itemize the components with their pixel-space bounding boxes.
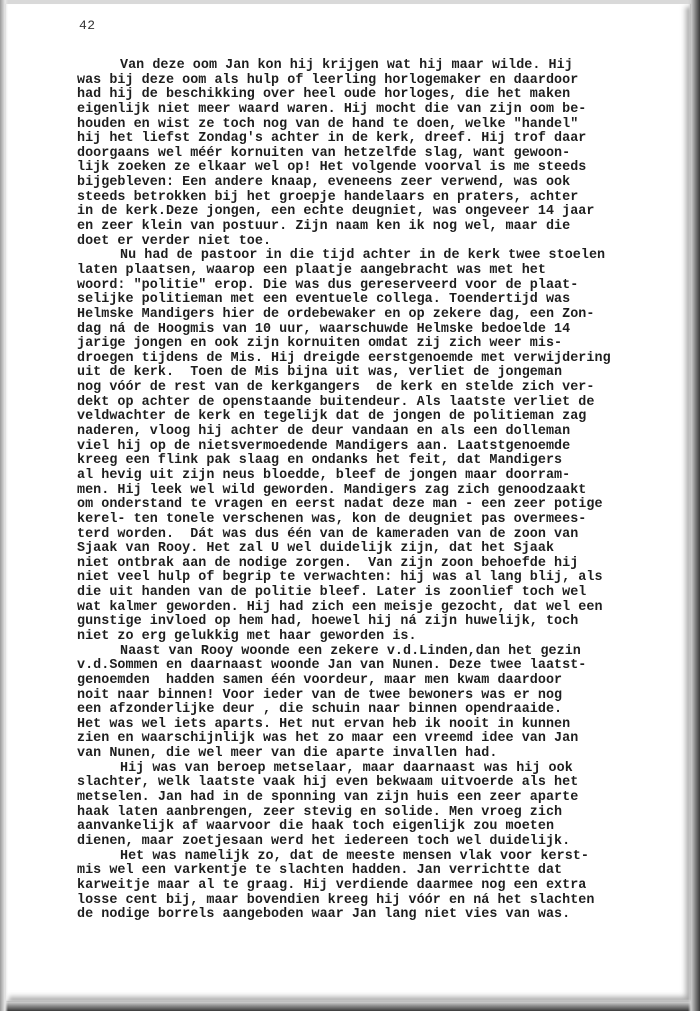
text-line: v.d.Sommen en daarnaast woonde Jan van N… [77,659,687,674]
text-line: zien en waarschijnlijk was het zo maar e… [77,732,687,747]
text-line: kreeg een flink pak slaag en ondanks het… [77,454,687,469]
body-text: Van deze oom Jan kon hij krijgen wat hij… [77,59,687,923]
paragraph: Van deze oom Jan kon hij krijgen wat hij… [77,59,687,249]
text-line: houden en wist ze toch nog van de hand t… [77,118,687,133]
text-line: uit de kerk. Toen de Mis bijna uit was, … [77,366,687,381]
paragraph: Hij was van beroep metselaar, maar daarn… [77,762,687,850]
paragraph: Naast van Rooy woonde een zekere v.d.Lin… [77,645,687,762]
text-line: dekt op achter de openstaande buitendeur… [77,396,687,411]
text-line: doorgaans wel méér kornuiten van hetzelf… [77,147,687,162]
text-line: om onderstand te vragen en eerst nadat d… [77,498,687,513]
text-line: niet ontbrak aan de nodige zorgen. Van z… [77,557,687,572]
text-line: de nodige borrels aangeboden waar Jan la… [77,908,687,923]
text-line: en zeer klein van postuur. Zijn naam ken… [77,220,687,235]
text-line: metselen. Jan had in de sponning van zij… [77,791,687,806]
text-line: aanvankelijk af waarvoor die haak toch e… [77,820,687,835]
text-line: noit naar binnen! Voor ieder van de twee… [77,689,687,704]
text-line: niet veel hulp of begrip te verwachten: … [77,571,687,586]
text-line: woord: "politie" erop. Die was dus geres… [77,279,687,294]
typewritten-page: 42 Van deze oom Jan kon hij krijgen wat … [0,0,700,1011]
text-line: selijke politieman met een eventuele col… [77,293,687,308]
text-line: losse cent bij, maar bovendien kreeg hij… [77,894,687,909]
text-line: karweitje maar al te graag. Hij verdiend… [77,879,687,894]
text-line: jarige jongen en ook zijn kornuiten omda… [77,337,687,352]
text-line: Naast van Rooy woonde een zekere v.d.Lin… [77,645,687,660]
text-line: hij het liefst Zondag's achter in de ker… [77,132,687,147]
text-line: viel hij op de nietsvermoedende Mandiger… [77,440,687,455]
text-line: mis wel een varkentje te slachten hadden… [77,864,687,879]
text-line: al hevig uit zijn neus bloedde, bleef de… [77,469,687,484]
text-line: was bij deze oom als hulp of leerling ho… [77,74,687,89]
text-line: men. Hij leek wel wild geworden. Mandige… [77,484,687,499]
text-line: droegen tijdens de Mis. Hij dreigde eers… [77,352,687,367]
text-line: Nu had de pastoor in die tijd achter in … [77,249,687,264]
text-line: Het was wel iets aparts. Het nut ervan h… [77,718,687,733]
text-line: steeds betrokken bij het groepje handela… [77,191,687,206]
text-line: nog vóór de rest van de kerkgangers de k… [77,381,687,396]
paragraph: Het was namelijk zo, dat de meeste mense… [77,850,687,923]
text-line: van Nunen, die wel meer van die aparte i… [77,747,687,762]
text-line: Het was namelijk zo, dat de meeste mense… [77,850,687,865]
paragraph: Nu had de pastoor in die tijd achter in … [77,249,687,644]
text-line: in de kerk.Deze jongen, een echte deugni… [77,205,687,220]
text-line: dag ná de Hoogmis van 10 uur, waarschuwd… [77,323,687,338]
text-line: een afzonderlijke deur , die schuin naar… [77,703,687,718]
text-line: terd worden. Dát was dus één van de kame… [77,528,687,543]
text-line: die uit handen van de politie bleef. Lat… [77,586,687,601]
text-line: niet zo erg gelukkig met haar geworden i… [77,630,687,645]
text-line: naderen, vloog hij achter de deur vandaa… [77,425,687,440]
text-line: bijgebleven: Een andere knaap, eveneens … [77,176,687,191]
text-line: doet er verder niet toe. [77,235,687,250]
text-line: laten plaatsen, waarop een plaatje aange… [77,264,687,279]
page-number: 42 [79,18,96,33]
text-line: eigenlijk niet meer waard waren. Hij moc… [77,103,687,118]
text-line: wat kalmer geworden. Hij had zich een me… [77,601,687,616]
text-line: gunstige invloed op hem had, hoewel hij … [77,615,687,630]
text-line: had hij de beschikking over heel oude ho… [77,88,687,103]
text-line: Helmske Mandigers hier de ordebewaker en… [77,308,687,323]
text-line: veldwachter de kerk en tegelijk dat de j… [77,410,687,425]
text-line: haak laten aanbrengen, zeer stevig en so… [77,806,687,821]
text-line: kerel- ten tonele verschenen was, kon de… [77,513,687,528]
text-line: genoemden hadden samen één voordeur, maa… [77,674,687,689]
text-line: slachter, welk laatste vaak hij even bek… [77,776,687,791]
text-line: lijk zoeken ze elkaar wel op! Het volgen… [77,161,687,176]
text-line: Hij was van beroep metselaar, maar daarn… [77,762,687,777]
text-line: Sjaak van Rooy. Het zal U wel duidelijk … [77,542,687,557]
text-line: Van deze oom Jan kon hij krijgen wat hij… [77,59,687,74]
text-line: dienen, maar zoetjesaan werd het iederee… [77,835,687,850]
